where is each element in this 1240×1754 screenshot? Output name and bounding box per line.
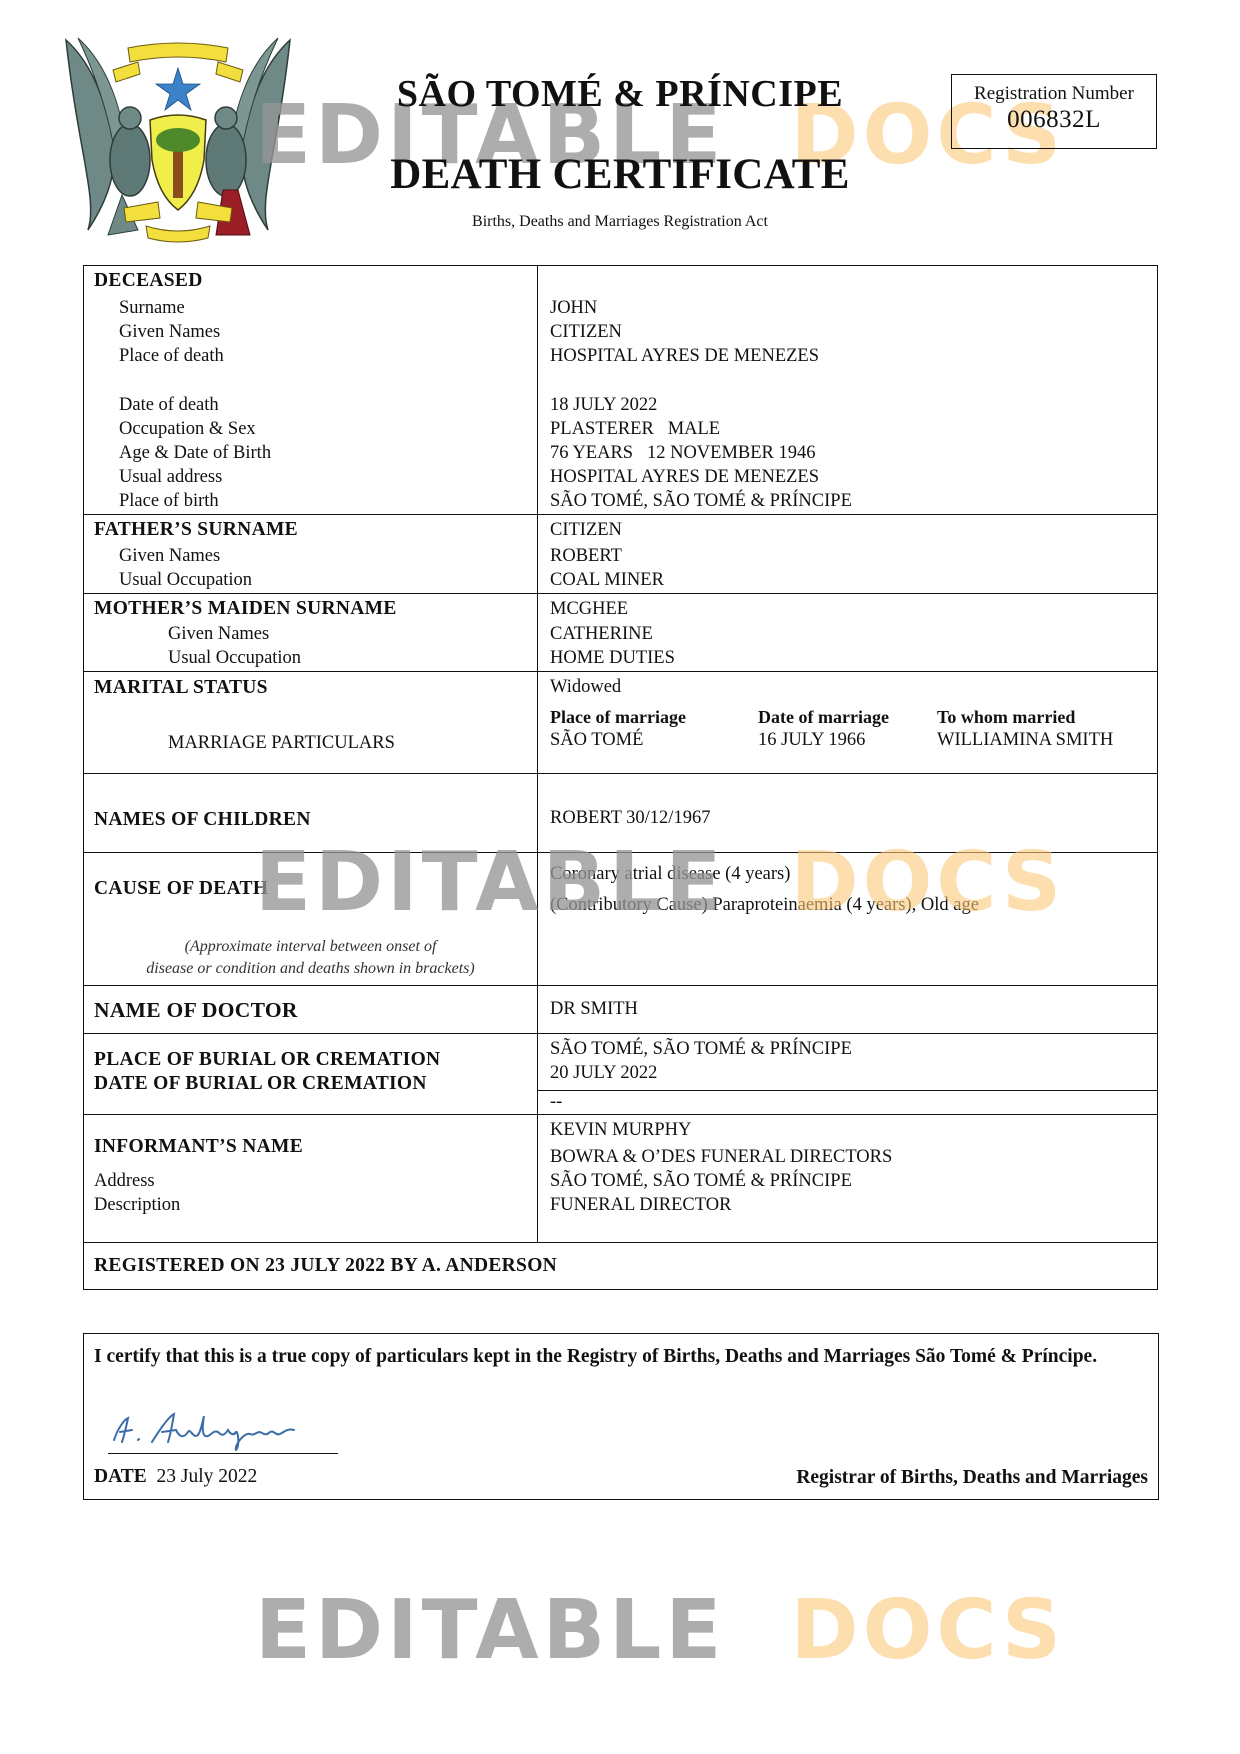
children-heading: NAMES OF CHILDREN [94,809,311,831]
cause-heading: CAUSE OF DEATH [94,878,268,900]
cause-primary: Coronary atrial disease (4 years) [550,863,790,885]
field-label: Given Names [119,321,220,343]
doctor-name: DR SMITH [550,998,638,1020]
registration-number-box: Registration Number 006832L [951,74,1157,149]
document-title: DEATH CERTIFICATE [0,150,1240,199]
father-heading: FATHER’S SURNAME [94,519,298,541]
informant-company: BOWRA & O’DES FUNERAL DIRECTORS [550,1146,892,1168]
father-surname: CITIZEN [550,519,622,541]
mother-heading: MOTHER’S MAIDEN SURNAME [94,598,397,620]
field-label: Place of death [119,345,224,367]
place-of-death: HOSPITAL AYRES DE MENEZES [550,345,819,367]
row-divider [84,773,1157,774]
field-label: Usual Occupation [168,647,301,669]
certification-date: DATE 23 July 2022 [94,1466,257,1488]
informant-address: SÃO TOMÉ, SÃO TOMÉ & PRÍNCIPE [550,1170,852,1192]
row-divider [84,1033,1157,1034]
address-label: Address [94,1170,155,1192]
field-label: Usual Occupation [119,569,252,591]
row-divider [84,985,1157,986]
field-label: Usual address [119,466,222,488]
children-names: ROBERT 30/12/1967 [550,807,710,829]
row-divider [84,671,1157,672]
row-subdivider [537,1090,1157,1091]
row-divider [84,514,1157,515]
age-date-of-birth: 76 YEARS 12 NOVEMBER 1946 [550,442,816,464]
registration-number: 006832L [952,106,1156,134]
mother-occupation: HOME DUTIES [550,647,675,669]
spouse-label: To whom married [937,706,1075,728]
occupation-sex: PLASTERER MALE [550,418,720,440]
deceased-given-names: CITIZEN [550,321,622,343]
certification-statement: I certify that this is a true copy of pa… [94,1344,1134,1370]
description-label: Description [94,1194,180,1216]
column-divider [537,266,538,1242]
burial-date-heading: DATE OF BURIAL OR CREMATION [94,1073,427,1095]
watermark-part1: EDITABLE [255,1583,725,1678]
date-label: DATE [94,1466,147,1487]
place-of-marriage-label: Place of marriage [550,706,686,728]
burial-extra: -- [550,1091,562,1113]
marriage-particulars-label: MARRIAGE PARTICULARS [168,732,395,754]
particulars-table: DECEASED Surname Given Names Place of de… [83,265,1158,1290]
cause-note-line2: disease or condition and deaths shown in… [146,960,474,977]
registrar-title: Registrar of Births, Deaths and Marriage… [796,1467,1148,1489]
date-value: 23 July 2022 [156,1466,257,1487]
field-label: Surname [119,297,185,319]
marital-heading: MARITAL STATUS [94,677,268,699]
cause-contributory: (Contributory Cause) Paraproteinaemia (4… [550,894,979,916]
burial-date: 20 JULY 2022 [550,1062,657,1084]
signature [108,1406,348,1451]
date-of-marriage: 16 JULY 1966 [758,729,865,751]
doctor-heading: NAME OF DOCTOR [94,999,298,1021]
place-of-birth: SÃO TOMÉ, SÃO TOMÉ & PRÍNCIPE [550,490,852,512]
burial-place-heading: PLACE OF BURIAL OR CREMATION [94,1049,440,1071]
watermark-bottom: EDITABLE DOCS [255,1583,1065,1678]
cause-note-line1: (Approximate interval between onset of [185,938,437,955]
date-of-death: 18 JULY 2022 [550,394,657,416]
field-label: Date of death [119,394,219,416]
field-label: Place of birth [119,490,219,512]
field-label: Given Names [119,545,220,567]
registered-line: REGISTERED ON 23 JULY 2022 BY A. ANDERSO… [94,1255,557,1277]
burial-place: SÃO TOMÉ, SÃO TOMÉ & PRÍNCIPE [550,1038,852,1060]
signature-line [108,1453,338,1454]
registration-number-label: Registration Number [952,83,1156,105]
field-label: Occupation & Sex [119,418,256,440]
field-label: Age & Date of Birth [119,442,271,464]
father-occupation: COAL MINER [550,569,664,591]
mother-given-names: CATHERINE [550,623,653,645]
row-divider [84,1114,1157,1115]
deceased-heading: DECEASED [94,270,203,292]
mother-surname: MCGHEE [550,598,628,620]
act-subtitle: Births, Deaths and Marriages Registratio… [0,213,1240,231]
row-divider [84,593,1157,594]
father-given-names: ROBERT [550,545,622,567]
informant-name: KEVIN MURPHY [550,1119,691,1141]
marital-status: Widowed [550,676,621,698]
cause-note: (Approximate interval between onset of d… [84,936,537,980]
deceased-surname: JOHN [550,297,597,319]
informant-heading: INFORMANT’S NAME [94,1136,303,1158]
certification-box: I certify that this is a true copy of pa… [83,1333,1159,1500]
place-of-marriage: SÃO TOMÉ [550,729,643,751]
watermark-part2: DOCS [791,1583,1066,1678]
field-label: Given Names [168,623,269,645]
informant-description: FUNERAL DIRECTOR [550,1194,731,1216]
row-divider [84,1242,1157,1243]
usual-address: HOSPITAL AYRES DE MENEZES [550,466,819,488]
date-of-marriage-label: Date of marriage [758,706,889,728]
spouse-name: WILLIAMINA SMITH [937,729,1113,751]
row-divider [84,852,1157,853]
